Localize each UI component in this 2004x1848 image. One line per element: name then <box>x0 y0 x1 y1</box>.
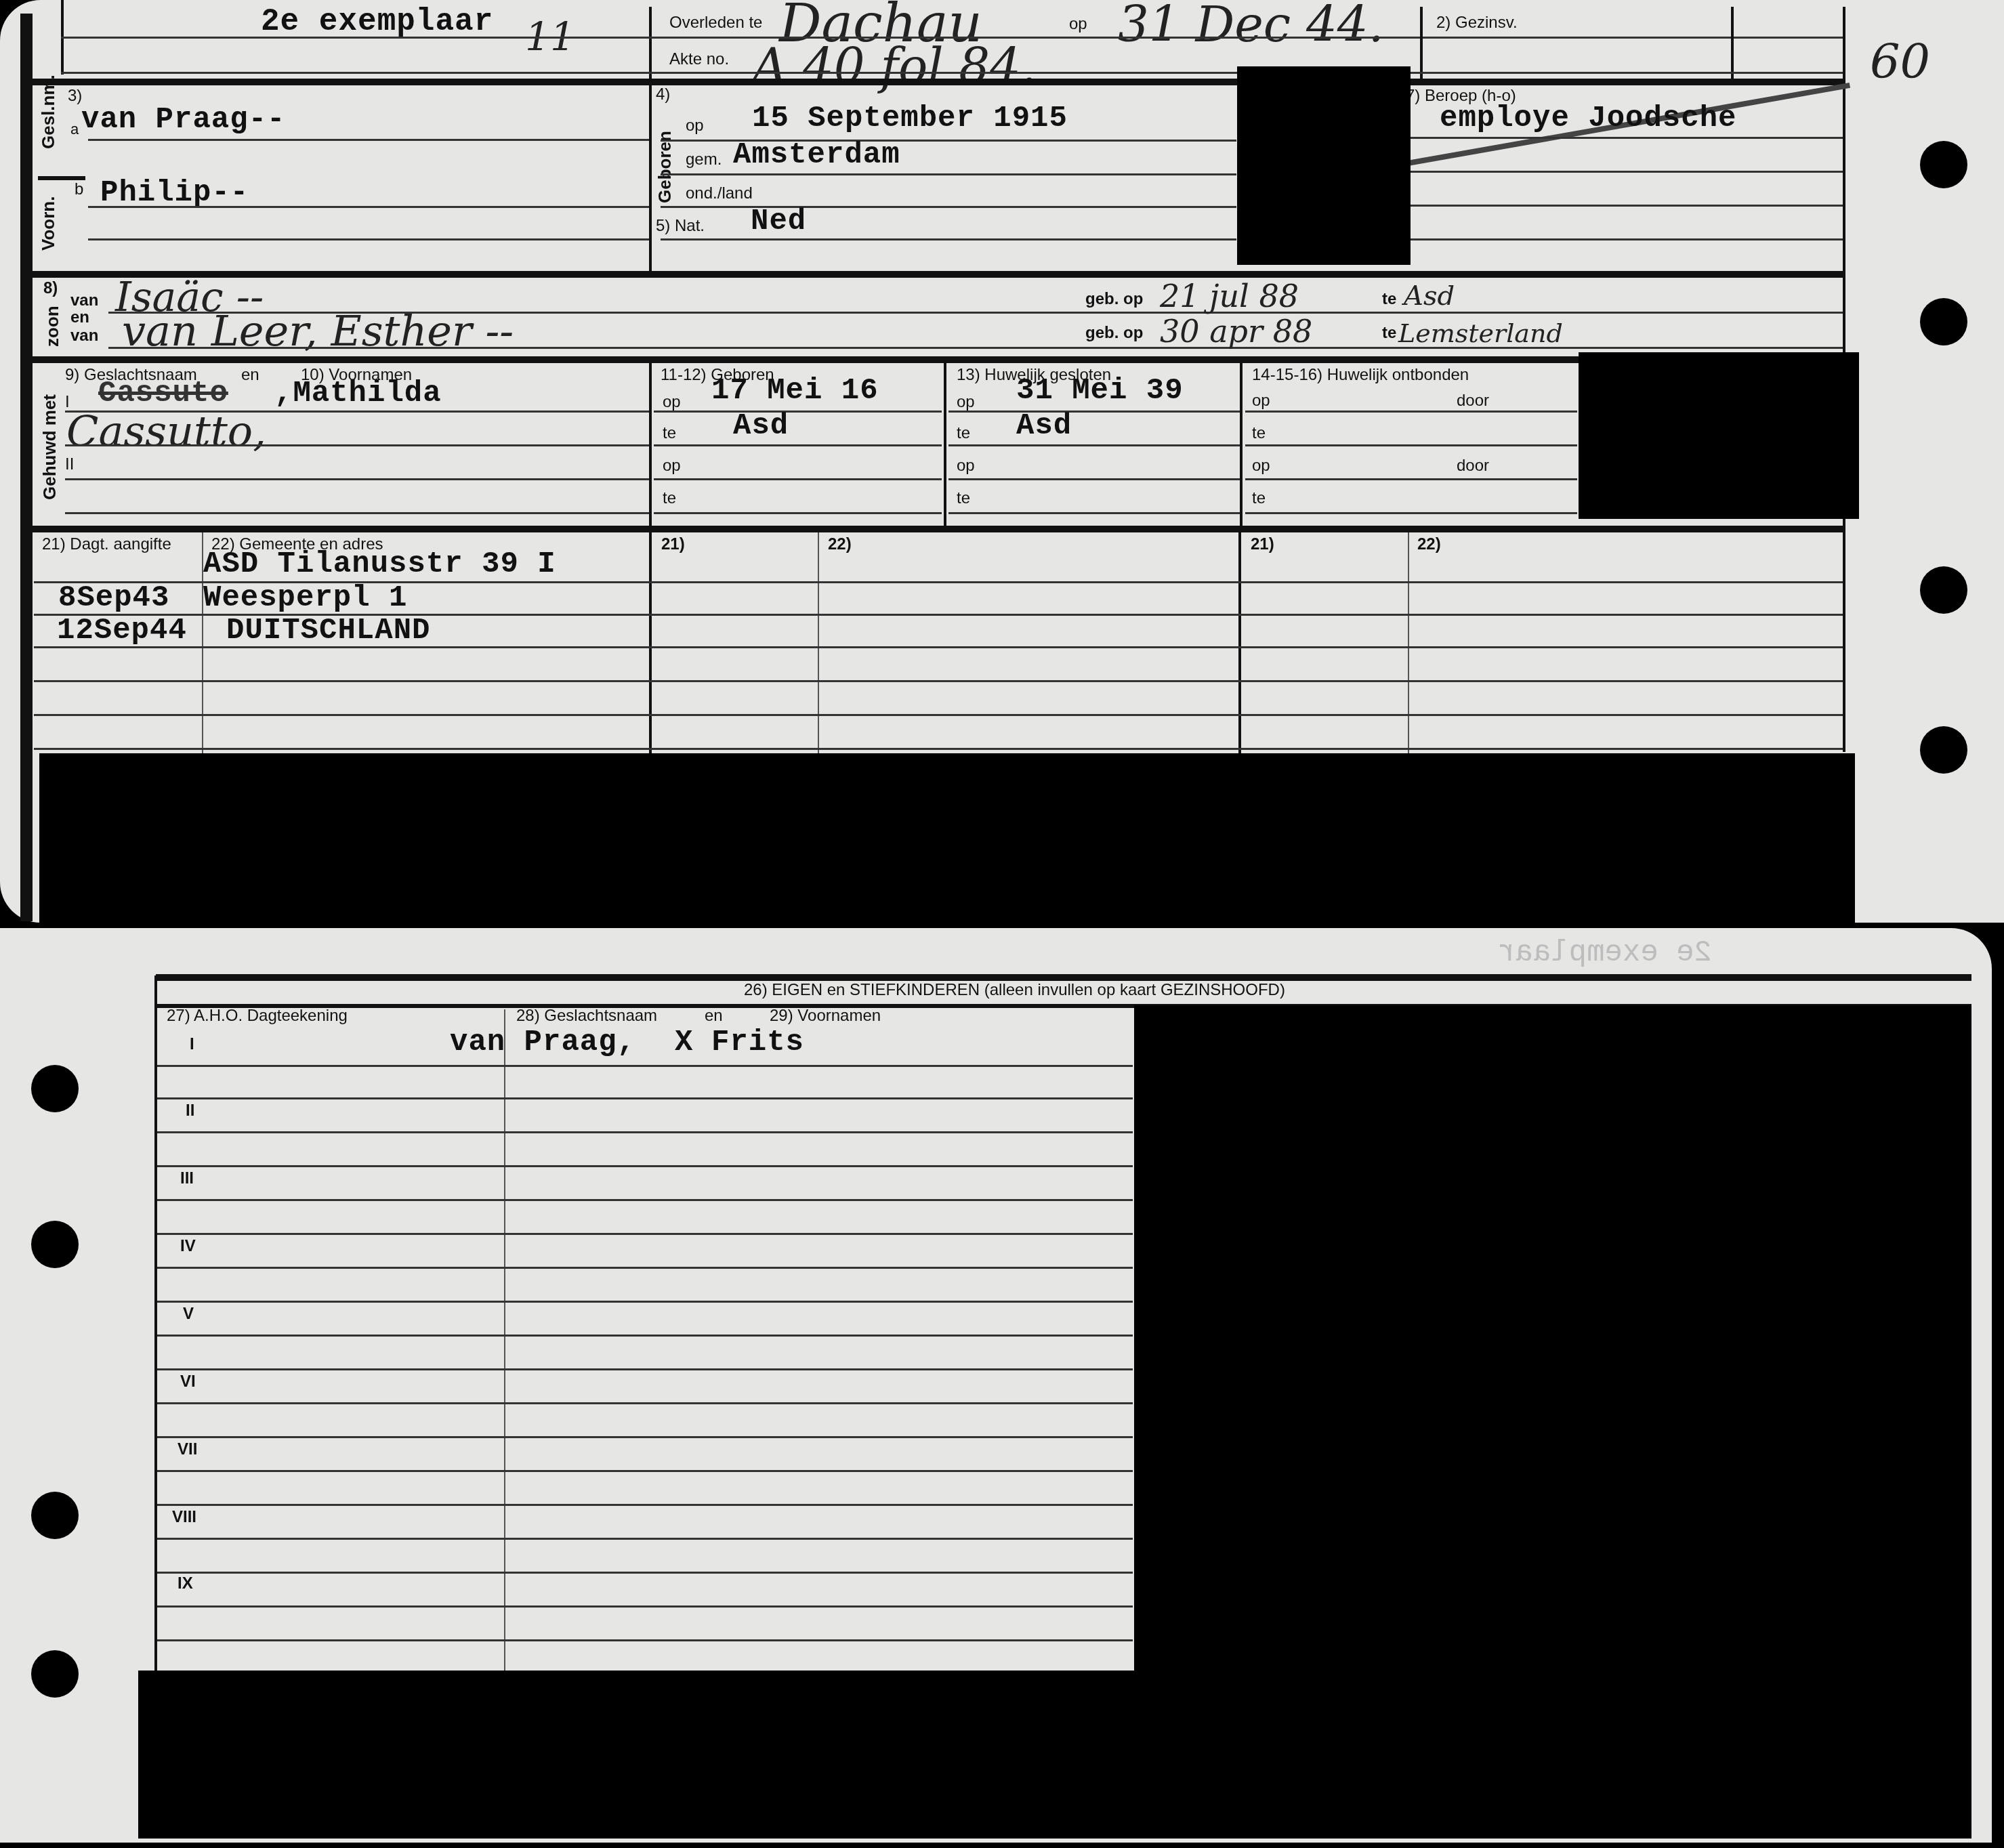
death-place-label: Overleden te <box>669 14 762 33</box>
parents-side-label: zoon <box>42 306 63 347</box>
marker-a: a <box>70 121 79 138</box>
van-label: van <box>70 291 98 310</box>
child-given-label: 29) Voornamen <box>770 1007 881 1026</box>
country-label: ond./land <box>686 184 753 203</box>
address-date: 12Sep44 <box>57 614 187 648</box>
child-marker: X <box>675 1026 693 1059</box>
punch-hole <box>31 1065 79 1112</box>
child-row-label: II <box>186 1101 194 1120</box>
en-label: en <box>705 1007 723 1026</box>
address-date-label-2: 21) <box>661 535 685 554</box>
mother-birthplace: Lemsterland <box>1398 318 1563 348</box>
child-surname: van Praag, <box>450 1026 635 1059</box>
birth-side-label: Geboren <box>654 131 675 203</box>
punch-hole <box>1920 141 1967 188</box>
child-given-names: Frits <box>711 1026 804 1059</box>
address-label-3: 22) <box>1417 535 1441 554</box>
child-row-label: IV <box>180 1237 196 1256</box>
punch-hole <box>1920 566 1967 614</box>
copy-label: 2e exemplaar <box>261 4 493 39</box>
deed-number: A 40 fol 84. <box>752 38 1037 95</box>
binder-edge <box>20 14 33 921</box>
marriage-dissolved-label: 14-15-16) Huwelijk ontbonden <box>1252 366 1469 385</box>
father-born-label: geb. op <box>1085 290 1143 309</box>
divider <box>1731 7 1734 81</box>
child-row-label: VI <box>180 1372 196 1391</box>
given-side-label: Voorn. <box>38 196 59 251</box>
te-label: te <box>1252 424 1266 443</box>
spouse-surname-corrected: Cassutto, <box>66 406 266 456</box>
card-front: 2e exemplaar 11 Overleden te Dachau op 3… <box>0 0 2004 923</box>
marriage-date: 31 Mei 39 <box>1016 374 1184 408</box>
address-date-label-3: 21) <box>1251 535 1274 554</box>
te-label: te <box>663 424 676 443</box>
birth-section-num: 4) <box>656 85 670 104</box>
spouse-birth-date: 17 Mei 16 <box>711 374 879 408</box>
redaction-block <box>39 753 1855 928</box>
te-label: te <box>1252 489 1266 508</box>
child-row-label: III <box>180 1169 194 1188</box>
door-label: door <box>1457 457 1489 476</box>
marriage-place: Asd <box>1016 409 1072 443</box>
birth-date-label: op <box>686 117 704 135</box>
punch-hole <box>31 1492 79 1539</box>
te-label: te <box>957 424 970 443</box>
nationality-value: Ned <box>751 205 806 238</box>
divider <box>1420 7 1423 81</box>
redaction-block <box>1579 352 1859 519</box>
surname-side-label: Gesl.nm. <box>38 75 59 149</box>
mother-born-date: 30 apr 88 <box>1160 313 1312 350</box>
op-label: op <box>957 457 975 476</box>
spouse-surname-struck: Cassuto <box>98 377 228 411</box>
marriage-side-label: Gehuwd met <box>39 394 60 500</box>
mother-born-label: geb. op <box>1085 324 1143 343</box>
given-names-value: Philip-- <box>100 176 249 210</box>
door-label: door <box>1457 392 1489 411</box>
parents-section-num: 8) <box>43 279 58 298</box>
punch-hole <box>31 1221 79 1268</box>
names-section-num: 3) <box>68 87 82 106</box>
address-date: 8Sep43 <box>58 581 169 615</box>
child-row-label: V <box>183 1305 194 1324</box>
op-label: op <box>957 393 975 412</box>
children-header: 26) EIGEN en STIEFKINDEREN (alleen invul… <box>744 981 1285 1000</box>
child-surname-label: 28) Geslachtsnaam <box>516 1007 657 1026</box>
marker-b: b <box>75 180 83 199</box>
te-label: te <box>1382 324 1396 343</box>
birth-date: 15 September 1915 <box>752 102 1068 135</box>
occupation-value: employe Joodsche <box>1440 102 1736 135</box>
family-relation-label: 2) Gezinsv. <box>1436 14 1518 33</box>
card-back: 2e exemplaar 26) EIGEN en STIEFKINDEREN … <box>0 928 1992 1843</box>
nationality-label: 5) Nat. <box>656 217 705 236</box>
child-row-label: I <box>190 1035 194 1054</box>
redaction-block <box>1134 1005 1971 1839</box>
death-date-label: op <box>1069 15 1087 34</box>
te-label: te <box>957 489 970 508</box>
spouse-birthplace: Asd <box>733 409 789 443</box>
child-row-label: VII <box>178 1440 197 1459</box>
punch-hole <box>31 1650 79 1698</box>
father-born-date: 21 jul 88 <box>1160 278 1299 314</box>
address-value: DUITSCHLAND <box>226 614 430 648</box>
op-label: op <box>1252 392 1270 411</box>
address-value: Weesperpl 1 <box>203 581 407 615</box>
divider <box>649 7 652 278</box>
te-label: te <box>663 489 676 508</box>
corner-number: 60 <box>1870 34 1930 89</box>
op-label: op <box>663 457 681 476</box>
punch-hole <box>1920 298 1967 345</box>
redaction-block <box>138 1671 1141 1839</box>
op-label: op <box>663 393 681 412</box>
birth-municipality: Amsterdam <box>733 138 900 172</box>
child-row-label: IX <box>178 1574 193 1593</box>
address-value: ASD Tilanusstr 39 I <box>203 547 556 581</box>
deed-label: Akte no. <box>669 50 729 69</box>
municipality-label: gem. <box>686 150 722 169</box>
en-label: en <box>241 366 259 385</box>
van-label: van <box>70 327 98 345</box>
child-row-label: VIII <box>172 1508 196 1527</box>
mirrored-copy-label: 2e exemplaar <box>1497 936 1712 970</box>
en-label: en <box>70 308 89 327</box>
redaction-block <box>1237 66 1411 265</box>
address-date-label: 21) Dagt. aangifte <box>42 535 171 554</box>
death-date: 31 Dec 44. <box>1118 0 1384 53</box>
spouse-given-names: ,Mathilda <box>274 377 442 411</box>
address-label-2: 22) <box>828 535 852 554</box>
marriage-roman-2: II <box>65 455 74 474</box>
punch-hole <box>1920 726 1967 774</box>
aho-date-label: 27) A.H.O. Dagteekening <box>167 1007 348 1026</box>
surname-value: van Praag-- <box>81 103 285 137</box>
te-label: te <box>1382 290 1396 309</box>
op-label: op <box>1252 457 1270 476</box>
father-birthplace: Asd <box>1404 280 1455 312</box>
